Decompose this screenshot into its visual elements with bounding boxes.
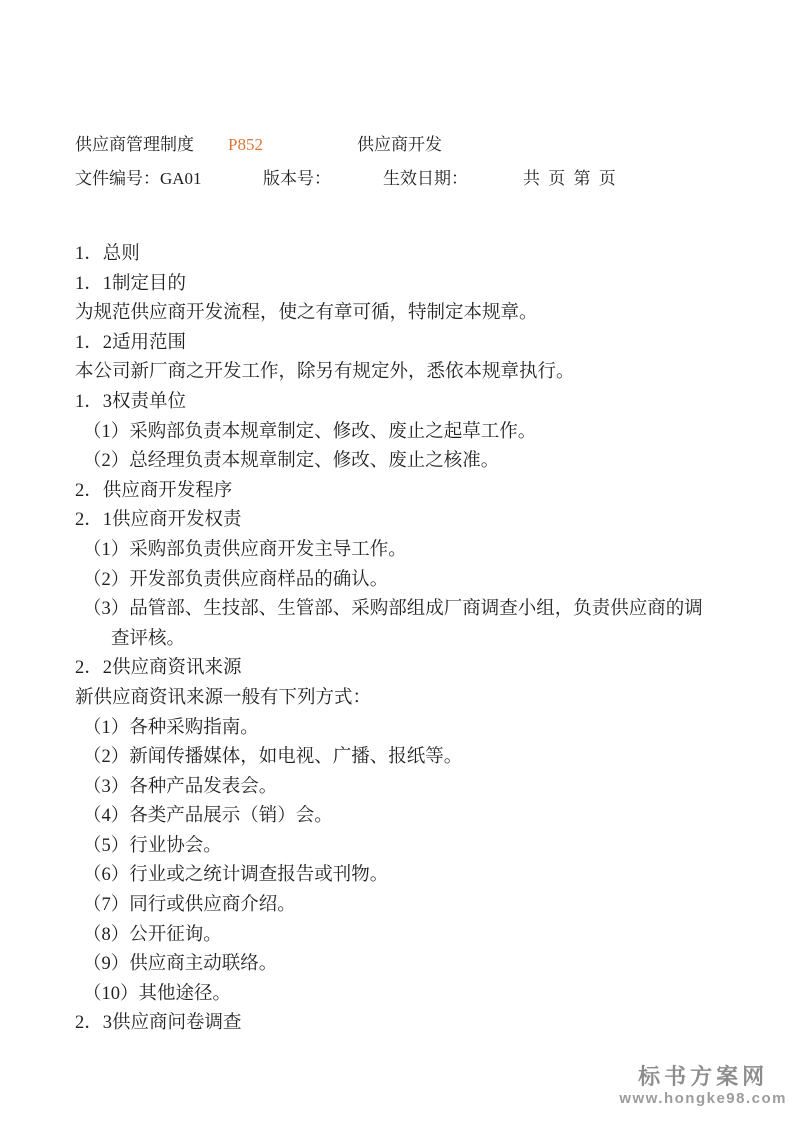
effective-date-label: 生效日期： <box>383 162 468 196</box>
text-line: （4）各类产品展示（销）会。 <box>75 802 745 832</box>
text-line: 2．2供应商资讯来源 <box>75 654 745 684</box>
text-line: 新供应商资讯来源一般有下列方式： <box>75 684 745 714</box>
text-line: （1）各种采购指南。 <box>75 714 745 744</box>
watermark-site-url: www.hongke98.com <box>619 1090 787 1108</box>
document-body: 1．总则1．1制定目的为规范供应商开发流程，使之有章可循，特制定本规章。1．2适… <box>75 240 745 1039</box>
text-line: （5）行业协会。 <box>75 832 745 862</box>
text-line: 2．1供应商开发权责 <box>75 506 745 536</box>
version-label: 版本号： <box>263 162 331 196</box>
text-line: 1．总则 <box>75 240 745 270</box>
header-line-2: 文件编号：GA01 版本号： 生效日期： 共 页 第 页 <box>75 162 725 196</box>
text-line: （10）其他途径。 <box>75 980 745 1010</box>
text-line: 2．供应商开发程序 <box>75 477 745 507</box>
text-line: （2）新闻传播媒体，如电视、广播、报纸等。 <box>75 743 745 773</box>
text-line: （9）供应商主动联络。 <box>75 950 745 980</box>
text-line: （1）采购部负责供应商开发主导工作。 <box>75 536 745 566</box>
text-line: 本公司新厂商之开发工作，除另有规定外，悉依本规章执行。 <box>75 358 745 388</box>
text-line: （2）总经理负责本规章制定、修改、废止之核准。 <box>75 447 745 477</box>
text-line: 为规范供应商开发流程，使之有章可循，特制定本规章。 <box>75 299 745 329</box>
text-line: 2．3供应商问卷调查 <box>75 1009 745 1039</box>
text-line: （7）同行或供应商介绍。 <box>75 891 745 921</box>
text-line: 1．3权责单位 <box>75 388 745 418</box>
text-line: （3）各种产品发表会。 <box>75 773 745 803</box>
watermark-site-name: 标书方案网 <box>619 1064 787 1090</box>
text-line: （2）开发部负责供应商样品的确认。 <box>75 566 745 596</box>
text-line: 1．2适用范围 <box>75 329 745 359</box>
doc-code: P852 <box>228 128 263 162</box>
text-line: （3）品管部、生技部、生管部、采购部组成厂商调查小组，负责供应商的调 <box>75 595 745 625</box>
text-line: （1）采购部负责本规章制定、修改、废止之起草工作。 <box>75 418 745 448</box>
text-line: 查评核。 <box>75 625 745 655</box>
page-count-label: 共 页 第 页 <box>523 162 618 196</box>
text-line: （8）公开征询。 <box>75 921 745 951</box>
doc-number-label: 文件编号：GA01 <box>75 162 202 196</box>
document-header: 供应商管理制度 P852 供应商开发 文件编号：GA01 版本号： 生效日期： … <box>75 128 725 196</box>
document-page: 供应商管理制度 P852 供应商开发 文件编号：GA01 版本号： 生效日期： … <box>0 0 793 1122</box>
doc-subject-title: 供应商开发 <box>357 128 442 162</box>
header-line-1: 供应商管理制度 P852 供应商开发 <box>75 128 725 162</box>
watermark: 标书方案网 www.hongke98.com <box>619 1064 787 1108</box>
doc-category-title: 供应商管理制度 <box>75 128 194 162</box>
text-line: （6）行业或之统计调查报告或刊物。 <box>75 861 745 891</box>
text-line: 1．1制定目的 <box>75 270 745 300</box>
